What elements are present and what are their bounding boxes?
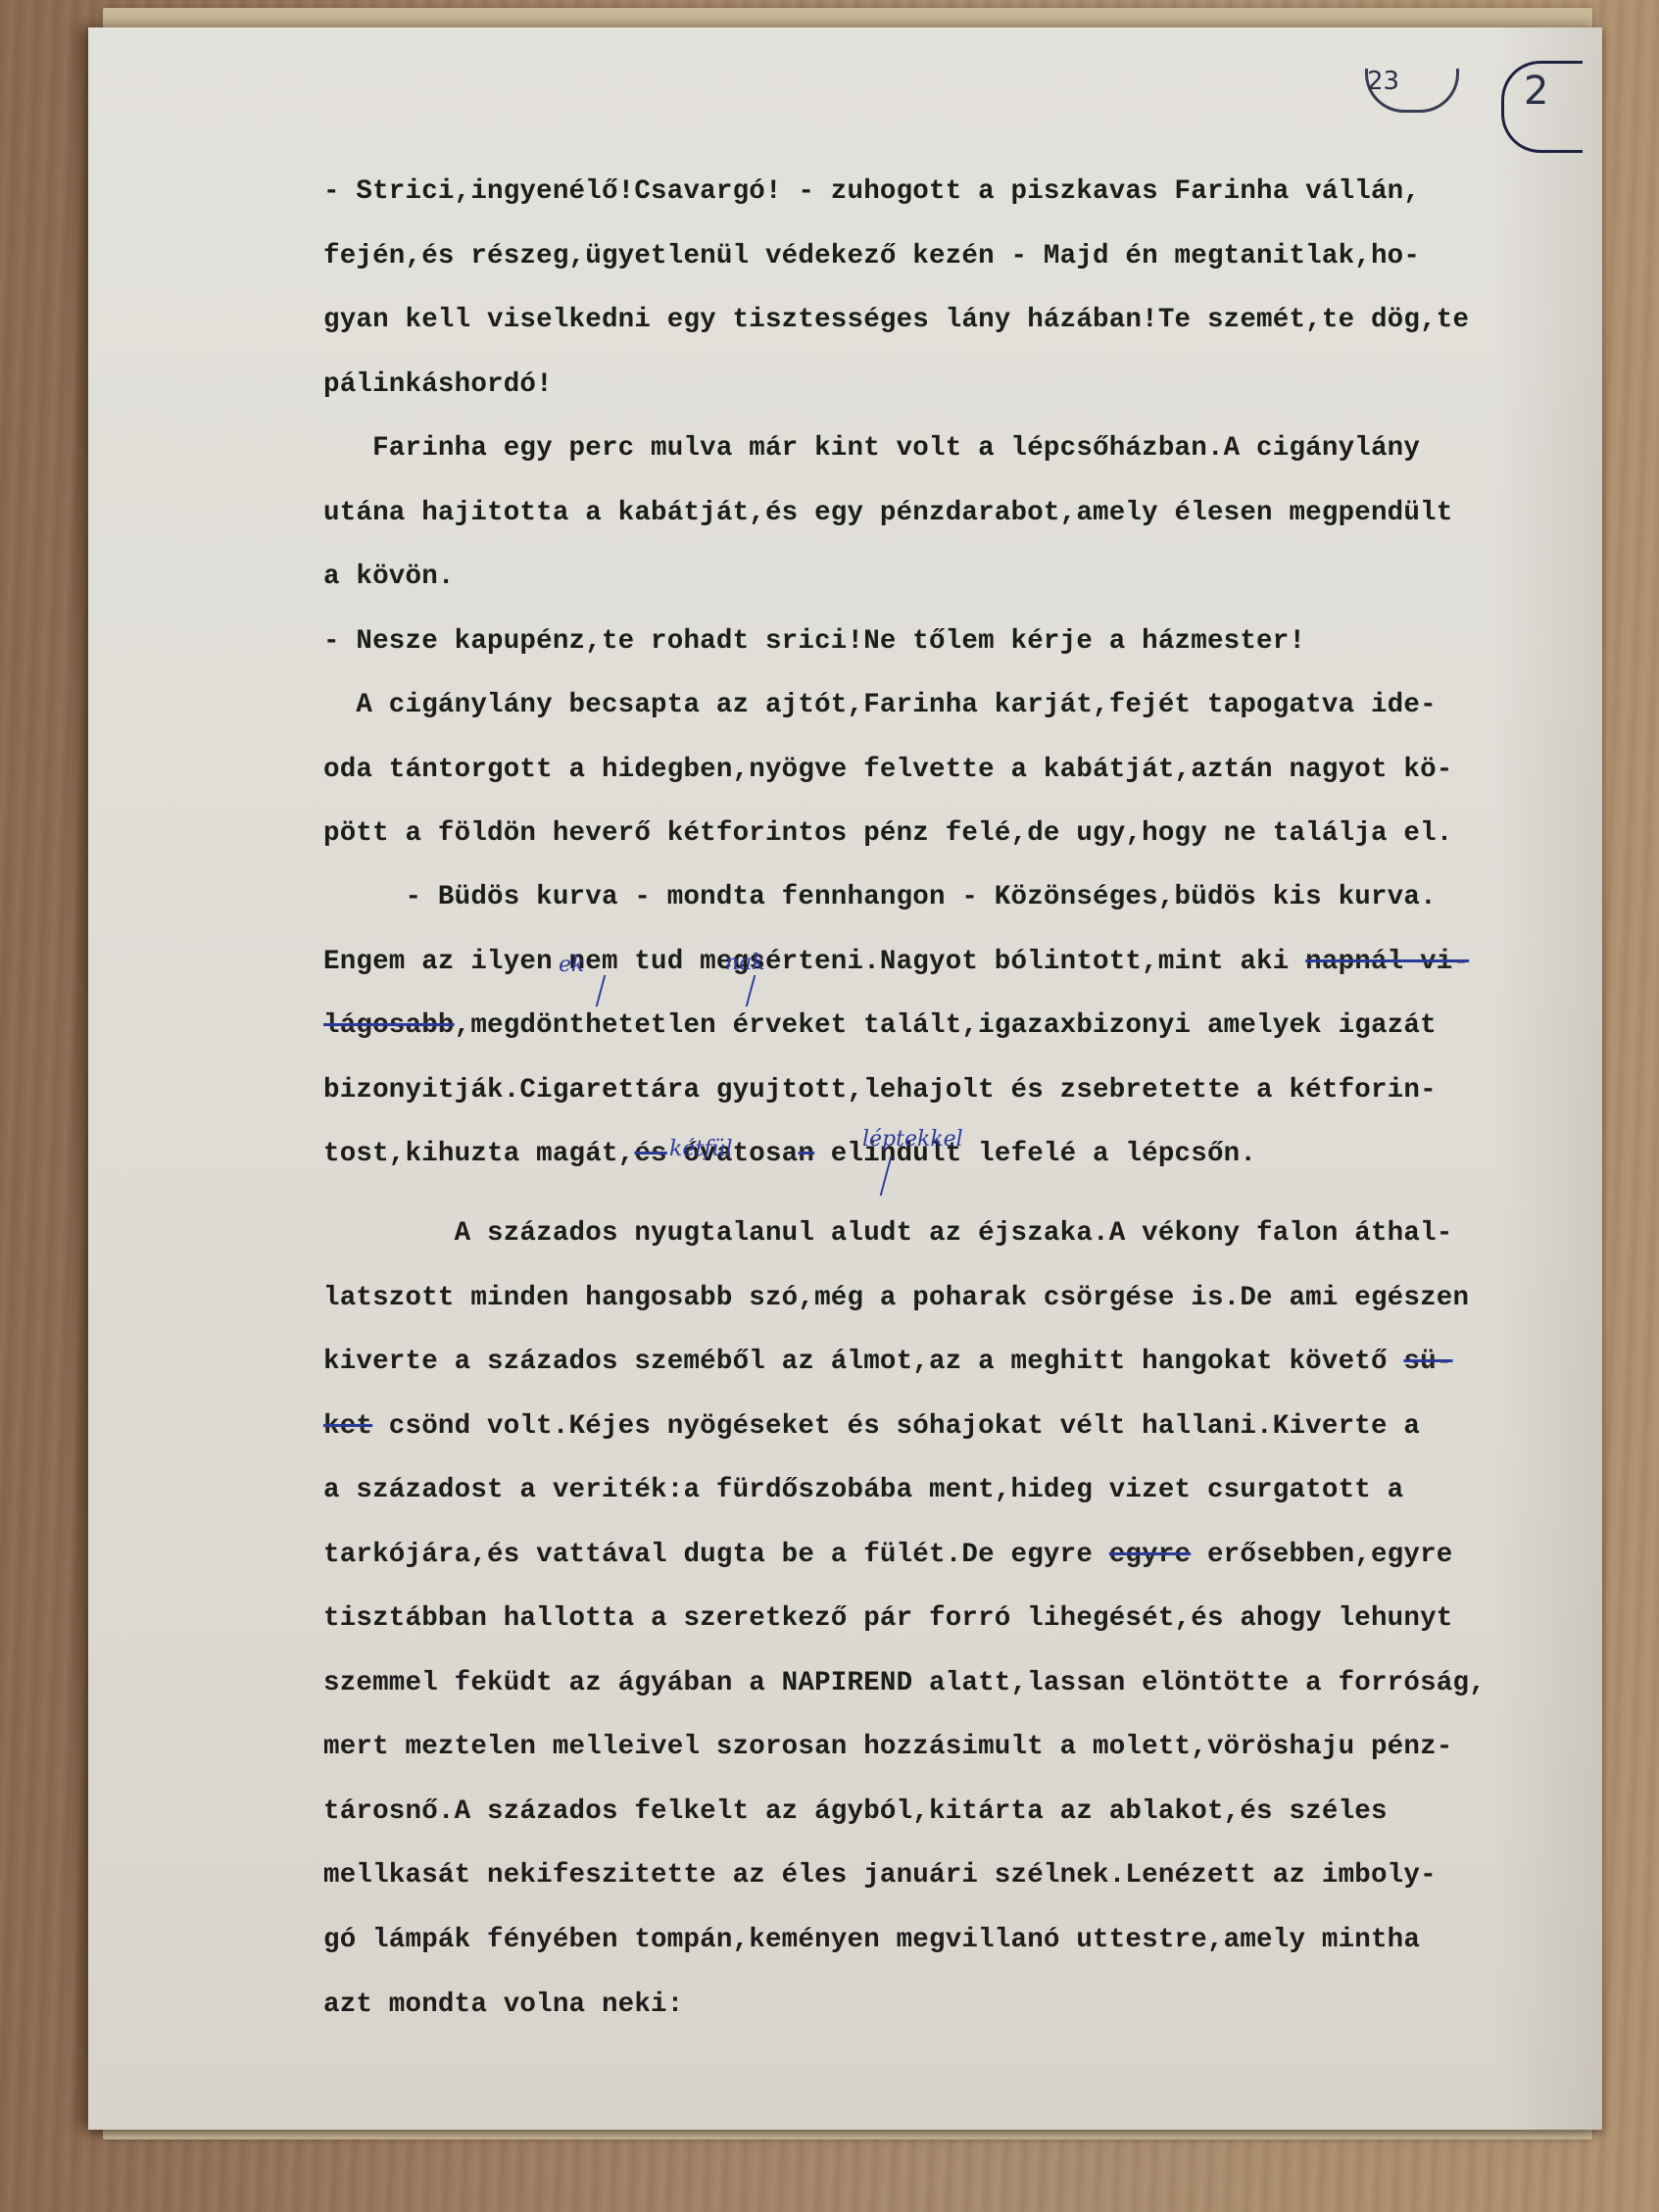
page-number: 2 bbox=[1524, 69, 1548, 114]
text-line: oda tántorgott a hidegben,nyögve felvett… bbox=[323, 755, 1453, 785]
text-line: ket csönd volt.Kéjes nyögéseket és sóhaj… bbox=[323, 1411, 1420, 1442]
text-line: tisztábban hallotta a szeretkező pár for… bbox=[323, 1603, 1453, 1634]
text-line: latszott minden hangosabb szó,még a poha… bbox=[323, 1283, 1469, 1313]
page-shadow bbox=[1494, 27, 1602, 2130]
text-segment: amelyek igazát bbox=[1191, 1010, 1437, 1041]
struck-word: ket bbox=[323, 1411, 372, 1442]
struck-word: egyre bbox=[1109, 1540, 1192, 1570]
text-segment: pött a földön heverő kétforintos bbox=[323, 818, 863, 849]
handwritten-insertion: nak bbox=[725, 951, 765, 975]
handwritten-insertion: ek bbox=[559, 953, 584, 977]
struck-word: és bbox=[634, 1139, 666, 1169]
text-line: tost,kihuzta magát,és óvatosan elindult … bbox=[323, 1139, 1256, 1169]
text-line: bizonyitják.Cigarettára gyujtott,lehajol… bbox=[323, 1075, 1437, 1106]
text-segment: erősebben,egyre bbox=[1191, 1540, 1452, 1570]
handwritten-insertion: léptekkel bbox=[862, 1127, 963, 1152]
struck-letter: n bbox=[798, 1139, 814, 1169]
text-line: - Nesze kapupénz,te rohadt srici!Ne tőle… bbox=[323, 626, 1305, 657]
text-line: utána hajitotta a kabátját,és egy pénzda… bbox=[323, 498, 1453, 528]
text-line: gó lámpák fényében tompán,keményen megvi… bbox=[323, 1925, 1420, 1955]
text-line: kiverte a százados szeméből az álmot,az … bbox=[323, 1347, 1453, 1377]
text-segment: kiverte a százados szeméből az álmot,az … bbox=[323, 1347, 1403, 1377]
text-segment: ,megdönthetetlen érveket talált, bbox=[455, 1010, 979, 1041]
text-line: tárosnő.A százados felkelt az ágyból,kit… bbox=[323, 1796, 1388, 1827]
text-line: pálinkáshordó! bbox=[323, 369, 553, 400]
typed-over-word: igazaxbizonyi bbox=[978, 1010, 1191, 1041]
text-line: fején,és részeg,ügyetlenül védekező kezé… bbox=[323, 241, 1420, 271]
text-segment: tost,kihuzta magát, bbox=[323, 1139, 634, 1169]
text-line: A százados nyugtalanul aludt az éjszaka.… bbox=[323, 1218, 1453, 1249]
text-line: mert meztelen melleivel szorosan hozzási… bbox=[323, 1732, 1453, 1762]
text-line: gyan kell viselkedni egy tisztességes lá… bbox=[323, 305, 1469, 335]
text-line: a századost a veriték:a fürdőszobába men… bbox=[323, 1475, 1403, 1505]
text-segment: Engem az ilyen nem tud megsérteni.Nagyot… bbox=[323, 947, 1305, 977]
struck-word: sü- bbox=[1403, 1347, 1452, 1377]
text-line: - Büdös kurva - mondta fennhangon - Közö… bbox=[323, 882, 1437, 912]
text-segment: csönd volt.Kéjes nyögéseket és sóhajokat… bbox=[372, 1411, 1420, 1442]
text-line: lágosabb,megdönthetetlen érveket talált,… bbox=[323, 1010, 1437, 1041]
text-line: Engem az ilyen nem tud megsérteni.Nagyot… bbox=[323, 947, 1469, 977]
text-line: azt mondta volna neki: bbox=[323, 1990, 683, 2020]
text-line: szemmel feküdt az ágyában a NAPIREND ala… bbox=[323, 1668, 1486, 1698]
struck-word: napnál vi- bbox=[1305, 947, 1469, 977]
struck-word: pénz bbox=[863, 818, 929, 849]
text-segment: tarkójára,és vattával dugta be a fülét.D… bbox=[323, 1540, 1109, 1570]
text-line: A cigánylány becsapta az ajtót,Farinha k… bbox=[323, 690, 1437, 720]
archive-number: 23 bbox=[1367, 67, 1399, 96]
text-line: tarkójára,és vattával dugta be a fülét.D… bbox=[323, 1540, 1453, 1570]
text-line: mellkasát nekifeszitette az éles januári… bbox=[323, 1860, 1437, 1891]
handwritten-insertion: kétfül bbox=[669, 1137, 733, 1161]
text-segment: felé,de ugy,hogy ne találja el. bbox=[929, 818, 1453, 849]
text-line: Farinha egy perc mulva már kint volt a l… bbox=[323, 433, 1420, 464]
struck-word: lágosabb bbox=[323, 1010, 455, 1041]
text-line: - Strici,ingyenélő!Csavargó! - zuhogott … bbox=[323, 176, 1420, 207]
text-line: pött a földön heverő kétforintos pénz fe… bbox=[323, 818, 1453, 849]
text-line: a kövön. bbox=[323, 562, 455, 592]
